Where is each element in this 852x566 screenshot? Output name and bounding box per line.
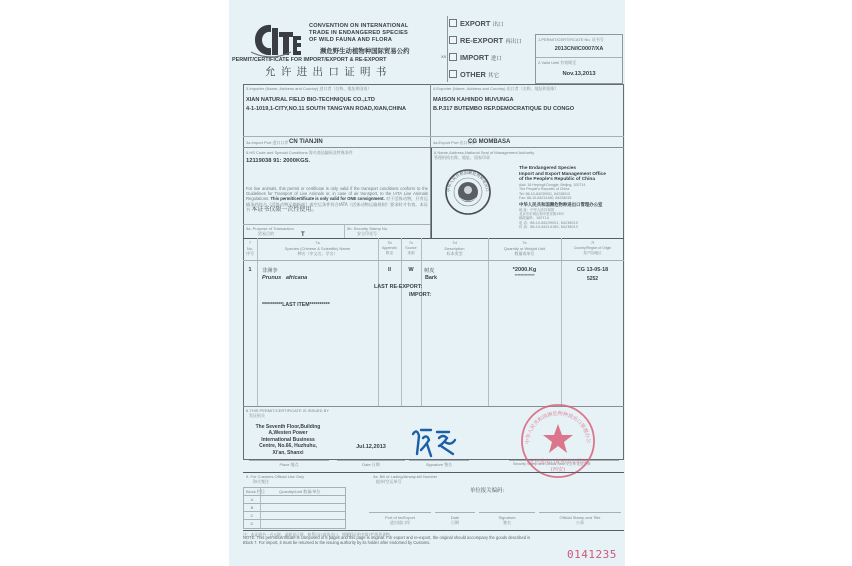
header-no-cn: 序号 xyxy=(243,251,257,256)
authority-label-cn: 管理机构名称、地址、国家印章 xyxy=(434,155,490,160)
header-appendix: Appendix附录 xyxy=(378,246,401,256)
other-label: OTHER 其它 xyxy=(460,70,499,79)
import-port-value: CN TIANJIN xyxy=(289,139,323,145)
importer-address: 4-1-1019,1-CITY,NO.11 SOUTH TANGYAN ROAD… xyxy=(246,106,406,112)
exporter-address: B.P.317 BUTEMBO REP.DEMOCRATIQUE DU CONG… xyxy=(433,106,574,112)
svg-text:允许进出口证明书专用章: 允许进出口证明书专用章 xyxy=(529,457,586,465)
authority-contact: Add: 18 Hepingli Dongjie, Beijing, 10071… xyxy=(519,183,585,201)
exporter-label: 4.Exporter (Name, Address and Country) 出… xyxy=(433,86,559,91)
export-checkbox[interactable] xyxy=(449,19,457,27)
authority-name-line-3: of the People's Republic of China xyxy=(519,177,606,183)
header-quantity: Quantity or Weight Unit数量或单位 xyxy=(488,246,561,256)
valid-until-label: 2.Valid Until 有效期至 xyxy=(538,60,576,65)
col-num-species: 7a xyxy=(257,240,378,245)
permit-no-value: 2013CN/IC0007/XA xyxy=(536,46,622,52)
valid-until-value: Nov.13,2013 xyxy=(536,71,622,77)
live-animals-note: For live animals, this permit or certifi… xyxy=(246,186,428,212)
import-port-label: 3a.Import Port 进口口岸 xyxy=(246,140,288,145)
signature-label: Signature 签名 xyxy=(409,462,469,467)
authority-cn-line-5: 传 真：86-10-84214180, 84238015 xyxy=(519,225,578,229)
import-check-mark: XX xyxy=(441,54,446,59)
purpose-label-cn: 贸易目的 xyxy=(258,231,274,236)
col-num-origin: 7f xyxy=(561,240,624,245)
serial-number: 0141235 xyxy=(567,548,617,561)
authority-name: The Endangered Species Import and Export… xyxy=(519,166,606,183)
species-cn: 非洲李 xyxy=(262,267,278,274)
convention-title: CONVENTION ON INTERNATIONAL TRADE IN END… xyxy=(309,23,408,44)
issued-by-label-cn: 发证机关 xyxy=(249,413,265,418)
hs-code-label: 5.HS Code and Special Conditions 海关商品编码及… xyxy=(246,150,353,155)
convention-line-3: OF WILD FAUNA AND FLORA xyxy=(309,37,408,44)
hs-code-value: 12119038 91: 2000KGS. xyxy=(246,158,310,164)
place-label: Place 地点 xyxy=(249,462,329,467)
other-checkbox[interactable] xyxy=(449,70,457,78)
official-red-seal: 中华人民共和国濒危物种进出口管理办公室西安办事处 允许进出口证明书专用章 (西安… xyxy=(519,402,597,480)
header-no: No.序号 xyxy=(243,246,257,256)
last-reexport-label: LAST RE-EXPORT: xyxy=(374,284,422,290)
import-checkbox[interactable]: XX xyxy=(449,53,457,61)
col-num-no: 7 xyxy=(243,240,257,245)
row-no: 1 xyxy=(243,267,257,273)
security-stamp-label-cn: 安全印花号 xyxy=(357,231,377,236)
customs-date-label-cn: 日期 xyxy=(435,520,475,525)
export-label: EXPORT 出口 xyxy=(460,19,503,28)
national-seal: 中华人民共和国濒危物种进出口管理办公室 xyxy=(444,168,492,216)
unit-customs-code-cn: 单位报关编码: xyxy=(470,486,504,494)
date-label: Date 日期 xyxy=(337,462,405,467)
bill-of-lading-label-cn: 提单/空运单号 xyxy=(376,479,401,484)
customs-label-cn: 海关签注 xyxy=(253,479,269,484)
export-port-value: CG MOMBASA xyxy=(468,139,510,145)
convention-line-2: TRADE IN ENDANGERED SPECIES xyxy=(309,30,408,37)
convention-title-cn: 濒危野生动植物种国际贸易公约 xyxy=(320,46,409,55)
col-num-appendix: 7b xyxy=(378,240,401,245)
header-species: Species (Chinese & Scientific) Name种名（中文… xyxy=(257,246,378,256)
header-quantity-cn: 数量或单位 xyxy=(488,251,561,256)
exporter-name: MAISON KAHINDO MUVUNGA xyxy=(433,97,514,103)
description-value: Bark xyxy=(425,275,437,281)
quantity-stars: ************** xyxy=(488,273,561,278)
block-b: B xyxy=(244,505,260,510)
official-stamp-title-label-cn: 公章 xyxy=(539,520,621,525)
customs-signature-label-cn: 签名 xyxy=(479,520,535,525)
block-a: A xyxy=(244,497,260,502)
import-label: IMPORT 进口 xyxy=(460,53,502,62)
species-scientific: Prunus africana xyxy=(262,275,307,281)
port-im-export-label-cn: 进出境口岸 xyxy=(369,520,431,525)
header-source: Source来源 xyxy=(401,246,421,256)
col-num-quantity: 7e xyxy=(488,240,561,245)
block-d: D xyxy=(244,521,260,526)
quantity-unit-header: Quantity/Unit 数量/单位 xyxy=(279,489,320,494)
col-num-source: 7c xyxy=(401,240,421,245)
note-en: NOTE: This permit/certificate is compose… xyxy=(243,536,625,545)
issue-place-line-5: Xi'an, Shanxi xyxy=(247,450,329,456)
origin-value-2: 5252 xyxy=(561,276,624,282)
re-export-label: RE-EXPORT 再出口 xyxy=(460,36,522,45)
customs-block-table: Block 栏目 Quantity/Unit 数量/单位 A B C D xyxy=(243,487,346,529)
issue-place: The Seventh Floor,Building A,Westen Powe… xyxy=(247,424,329,456)
import-label-table: IMPORT: xyxy=(409,292,431,298)
description-cn: 树皮 xyxy=(424,267,434,274)
header-appendix-cn: 附录 xyxy=(378,251,401,256)
cites-logo xyxy=(251,22,307,58)
col-num-description: 7d xyxy=(421,240,488,245)
last-item-marker: **********LAST ITEM********** xyxy=(262,302,330,308)
form-title-cn: 允 许 进 出 口 证 明 书 xyxy=(265,64,387,79)
issuer-signature xyxy=(409,424,459,460)
issue-date: Jul.12,2013 xyxy=(337,444,405,450)
header-description-cn: 标本类型 xyxy=(421,251,488,256)
block-header: Block 栏目 xyxy=(246,489,265,494)
source-value: W xyxy=(401,267,421,273)
origin-value: CG 13-05-18 xyxy=(561,267,624,273)
block-c: C xyxy=(244,513,260,518)
cites-permit-document: CONVENTION ON INTERNATIONAL TRADE IN END… xyxy=(229,0,625,566)
authority-fax: Fax: 86-10-84214180, 84238015 xyxy=(519,196,585,200)
note-line-2: Block 7. For import, it must be returned… xyxy=(243,541,625,546)
permit-no-label: 1.PERMIT/CERTIFICATE No. 证书号 xyxy=(538,37,604,42)
authority-contact-cn: 地 址：中华人民共和国 北京市东城区和平里东街18号 邮政编码：100714 电… xyxy=(519,208,578,229)
re-export-checkbox[interactable] xyxy=(449,36,457,44)
appendix-value: II xyxy=(378,267,401,273)
issue-place-line-4: Centre, No.66, Huzhuhu, xyxy=(247,443,329,449)
header-source-cn: 来源 xyxy=(401,251,421,256)
header-species-cn: 种名（中文名、学名） xyxy=(257,251,378,256)
header-description: Description标本类型 xyxy=(421,246,488,256)
one-use-note-cn: 本证书仅限一次性使用。 xyxy=(251,206,317,213)
header-origin-cn: 原产国/地区 xyxy=(561,251,624,256)
header-origin: Country/Region of Origin原产国/地区 xyxy=(561,246,624,256)
importer-label: 3.Importer (Name, Address and Country) 进… xyxy=(246,86,371,91)
permit-number-box: 1.PERMIT/CERTIFICATE No. 证书号 2013CN/IC00… xyxy=(535,34,623,84)
convention-line-1: CONVENTION ON INTERNATIONAL xyxy=(309,23,408,30)
form-title: PERMIT/CERTIFICATE FOR IMPORT/EXPORT & R… xyxy=(232,57,386,63)
importer-name: XIAN NATURAL FIELD BIO-TECHNIQUE CO.,LTD xyxy=(246,97,375,103)
